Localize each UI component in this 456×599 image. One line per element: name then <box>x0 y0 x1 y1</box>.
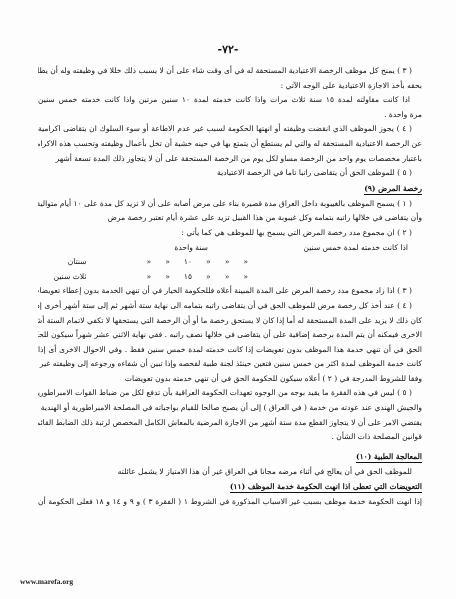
text-line: الاخرى فيمكنه أن يتم المدة برخصة إضافية … <box>38 328 422 343</box>
document-page: -٧٢- ( ٣ ) يمنح كل موظف الرخصة الاعتيادي… <box>0 0 456 599</box>
text-line: عن الرخصة الاعتيادية المستحقة له والتي ل… <box>38 137 422 152</box>
sick-leave-table-row: « « « ١٠ « « سنتان <box>38 255 422 270</box>
text-line: ( ٢ ) ان مجموع مدد رخصة المرض التي يسمح … <box>38 226 422 241</box>
text-line: يقتضي الامر على أن لا يتجاوز القطع مدة س… <box>38 416 422 431</box>
compensation-paragraph: إذا انهت الحكومة خدمة موظف بسبب غير الاس… <box>38 495 422 510</box>
section-heading-compensation: التعويضات التي تعطى اذا انهت الحكومة خدم… <box>38 479 422 495</box>
text-line: مرة واحدة . <box>38 108 422 123</box>
text-line: للموظف الحق في أن يعالج في أثناء مرضه مج… <box>38 465 422 480</box>
sick-leave-table-row: « « « ١٥ « « ثلاث سنين <box>38 270 422 285</box>
text-line: اذا كانت مقاولته لمدة ١٥ سنة ثلاث مرات و… <box>38 93 422 108</box>
paragraph-5: ( ٥ ) للموظف الحق أن يتقاضى راتبا تاما ف… <box>38 166 422 181</box>
text-line: ( ٥ ) للموظف الحق أن يتقاضى راتبا تاما ف… <box>38 166 422 181</box>
ditto-marks: « « « ١٥ « « <box>147 270 258 285</box>
medical-treatment-paragraph: للموظف الحق في أن يعالج في أثناء مرضه مج… <box>38 465 422 480</box>
leave-duration: ثلاث سنين <box>54 270 147 285</box>
footer-url: www.marefa.org <box>20 577 73 586</box>
sick-leave-paragraph-2: ( ٢ ) ان مجموع مدد رخصة المرض التي يسمح … <box>38 226 422 284</box>
sick-leave-paragraph-1: ( ١ ) يسمح الموظف بالغيبوبة داخل العراق … <box>38 197 422 226</box>
leave-duration: سنتان <box>68 255 147 270</box>
text-line: ( ١ ) يسمح الموظف بالغيبوبة داخل العراق … <box>38 197 422 212</box>
sick-leave-paragraph-3: ( ٣ ) اذا زاد مجموع مدد رخصة المرض على ا… <box>38 284 422 299</box>
text-line: ( ٣ ) يمنح كل موظف الرخصة الاعتيادية الم… <box>38 64 422 79</box>
text-line: والجيش الهندي عند عودته من خدمة ( في الع… <box>38 401 422 416</box>
text-line: الحق في أن تنهي خدمة هذا الموظف بدون تعو… <box>38 343 422 358</box>
section-heading-medical-treatment: المعالجة الطبية (١٠) <box>38 449 422 465</box>
section-heading-sick-leave: رخصة المرض (٩) <box>38 181 422 197</box>
sick-leave-paragraph-5: ( ٥ ) ليس في هذه الفقرة ما يقيد بوجه من … <box>38 386 422 444</box>
text-line: باعتبار مخصصات يوم واحد من الرخصة مساو ل… <box>38 152 422 167</box>
paragraph-3: ( ٣ ) يمنح كل موظف الرخصة الاعتيادية الم… <box>38 64 422 122</box>
text-line: قوانين المصلحة ذات الشأن . <box>38 430 422 445</box>
text-line: بحقه بأخذ الاجازة الاعتيادية على الوجه ا… <box>38 79 422 94</box>
page-number: -٧٢- <box>0 43 456 56</box>
text-line: ( ٣ ) اذا زاد مجموع مدد رخصة المرض على ا… <box>38 284 422 299</box>
text-line: ( ٥ ) ليس في هذه الفقرة ما يقيد بوجه من … <box>38 386 422 401</box>
service-condition: اذا كانت خدمته لمدة خمس سنين <box>258 241 422 256</box>
paragraph-4: ( ٤ ) يجوز الموظف الذي انقضت وظيفته أو ا… <box>38 122 422 166</box>
text-line: ( ٤ ) عند أخذ كل رخصة مرض للموظف الحق في… <box>38 299 422 314</box>
sick-leave-table-row: اذا كانت خدمته لمدة خمس سنين سنة واحدة <box>38 241 422 256</box>
text-line: ( ٤ ) يجوز الموظف الذي انقضت وظيفته أو ا… <box>38 122 422 137</box>
document-body: ( ٣ ) يمنح كل موظف الرخصة الاعتيادية الم… <box>38 64 422 510</box>
ditto-marks: « « « ١٠ « « <box>147 255 258 270</box>
text-line: وفقا للشروط المدرجة في ( ٢ ) أعلاه سيكون… <box>38 372 422 387</box>
sick-leave-paragraph-4: ( ٤ ) عند أخذ كل رخصة مرض للموظف الحق في… <box>38 299 422 387</box>
text-line: كان ذلك لا يزيد على المدة المستحقة له أم… <box>38 314 422 329</box>
text-line: وأن يتقاضى في خلالها راتبه بتمامه وكل غي… <box>38 211 422 226</box>
text-line: كانت خدمة الموظف لمدة اكثر من خمس سنين ف… <box>38 357 422 372</box>
leave-duration: سنة واحدة <box>174 241 248 256</box>
text-line: إذا انهت الحكومة خدمة موظف بسبب غير الاس… <box>38 495 422 510</box>
